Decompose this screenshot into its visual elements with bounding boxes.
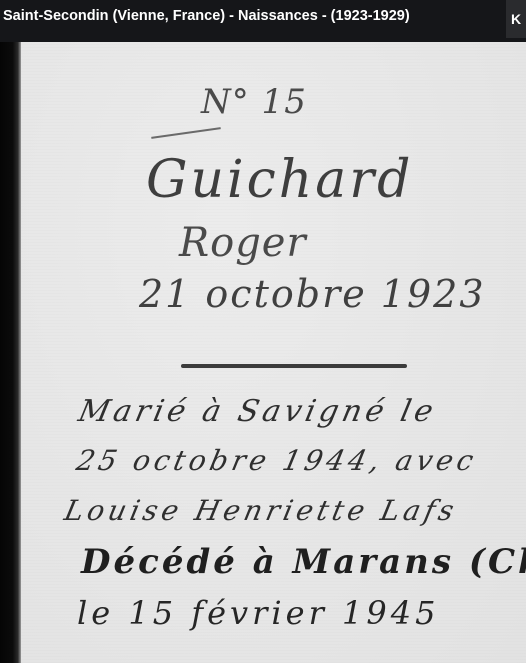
skip-to-first-button[interactable]: K [506, 0, 526, 38]
page-binding-shadow [0, 42, 21, 663]
annotation-marriage-date: 25 octobre 1944, avec [73, 444, 480, 477]
skip-to-first-icon: K [511, 11, 521, 27]
birth-date: 21 octobre 1923 [139, 272, 486, 316]
scanned-page-image[interactable]: N° 15 Guichard Roger 21 octobre 1923 Mar… [0, 42, 526, 663]
paper-sheet: N° 15 Guichard Roger 21 octobre 1923 Mar… [21, 42, 526, 663]
annotation-death-place: Décédé à Marans (Chte Mme) [81, 542, 526, 582]
entry-number-underline [151, 127, 221, 139]
given-name: Roger [179, 220, 307, 266]
surname: Guichard [146, 150, 413, 210]
annotation-marriage-place: Marié à Savigné le [75, 394, 440, 429]
annotation-death-date: le 15 février 1945 [77, 594, 439, 632]
document-title: Saint-Secondin (Vienne, France) - Naissa… [3, 8, 410, 24]
title-bar: Saint-Secondin (Vienne, France) - Naissa… [0, 0, 526, 42]
annotation-spouse: Louise Henriette Lafs [61, 494, 460, 527]
section-divider [181, 364, 407, 368]
document-viewer: Saint-Secondin (Vienne, France) - Naissa… [0, 0, 526, 663]
entry-number: N° 15 [201, 82, 307, 122]
